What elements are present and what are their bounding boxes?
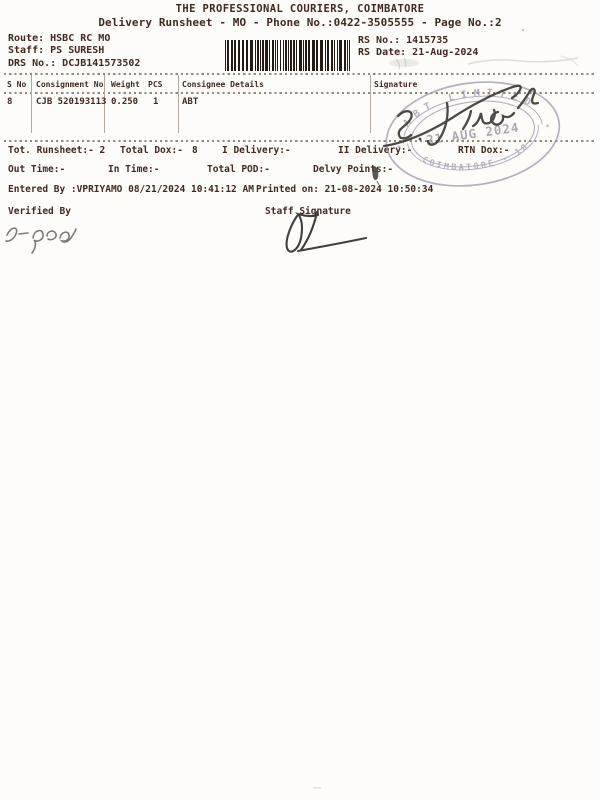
drs-barcode — [225, 40, 351, 71]
rs-date-field: RS Date: 21-Aug-2024 — [358, 47, 478, 58]
col-header-consignee: Consignee Details — [182, 80, 264, 89]
col-header-pcs: PCS — [148, 80, 162, 89]
route-field: Route: HSBC RC MO — [8, 33, 110, 44]
drs-no-field: DRS No.: DCJB141573502 — [8, 58, 140, 69]
runsheet-document: THE PROFESSIONAL COURIERS, COIMBATORE De… — [0, 0, 600, 800]
cell-s-no: 8 — [7, 97, 12, 107]
cell-pcs: 1 — [153, 97, 158, 107]
stamp-and-signatures-overlay: ABT LIMITED COIMBATORE - 18 21 AUG 2024 … — [0, 0, 600, 800]
cell-consignment-no: CJB 520193113 — [36, 97, 106, 107]
staff-field: Staff: PS SURESH — [8, 45, 104, 56]
total-dox-label: Total Dox:- — [120, 145, 183, 156]
recipient-signature — [384, 86, 538, 146]
total-pod-field: Total POD:- — [207, 164, 270, 175]
total-dox-value: 8 — [192, 145, 198, 156]
scan-smudges — [313, 29, 578, 789]
verified-by-signature — [6, 228, 76, 253]
verified-by-label: Verified By — [8, 206, 71, 217]
entered-by-field: Entered By :VPRIYAMO 08/21/2024 10:41:12… — [8, 184, 254, 195]
svg-text:ABT LIMITED: ABT LIMITED — [398, 80, 539, 130]
rtn-dox-field: RTN Dox:- — [458, 145, 509, 156]
rs-no-field: RS No.: 1415735 — [358, 35, 448, 46]
ii-delivery-field: II Delivery:- — [338, 145, 412, 156]
column-divider-4 — [370, 75, 371, 133]
col-header-weight: Weight — [111, 80, 140, 89]
star-icon: ★ — [544, 120, 550, 130]
out-time-field: Out Time:- — [8, 164, 65, 175]
stamp-date: 21 AUG 2024 — [425, 120, 520, 148]
staff-signature-label: Staff Signature — [265, 206, 351, 217]
separator-line-table-bottom — [4, 140, 596, 142]
col-header-s-no: S No — [7, 80, 26, 89]
cell-consignee: ABT — [182, 97, 198, 107]
consignee-stamp: ABT LIMITED COIMBATORE - 18 21 AUG 2024 … — [380, 71, 567, 196]
printed-on-field: Printed on: 21-08-2024 10:50:34 — [256, 184, 433, 195]
col-header-consignment: Consignment No — [36, 80, 103, 89]
document-title: THE PROFESSIONAL COURIERS, COIMBATORE — [0, 3, 600, 15]
cell-weight: 0.250 — [111, 97, 138, 107]
delvy-points-field: Delvy Points:- — [313, 164, 393, 175]
stamp-top-text: ABT LIMITED — [398, 80, 539, 130]
document-subtitle: Delivery Runsheet - MO - Phone No.:0422-… — [0, 16, 600, 29]
in-time-field: In Time:- — [108, 164, 159, 175]
i-delivery-field: I Delivery:- — [222, 145, 291, 156]
column-divider-1 — [31, 75, 32, 133]
staff-signature-handwriting — [287, 212, 366, 252]
col-header-signature: Signature — [374, 80, 417, 89]
separator-line-top — [4, 73, 596, 75]
total-runsheet: Tot. Runsheet:- 2 — [8, 145, 105, 156]
table-header-underline — [4, 92, 596, 94]
column-divider-3 — [178, 75, 179, 133]
